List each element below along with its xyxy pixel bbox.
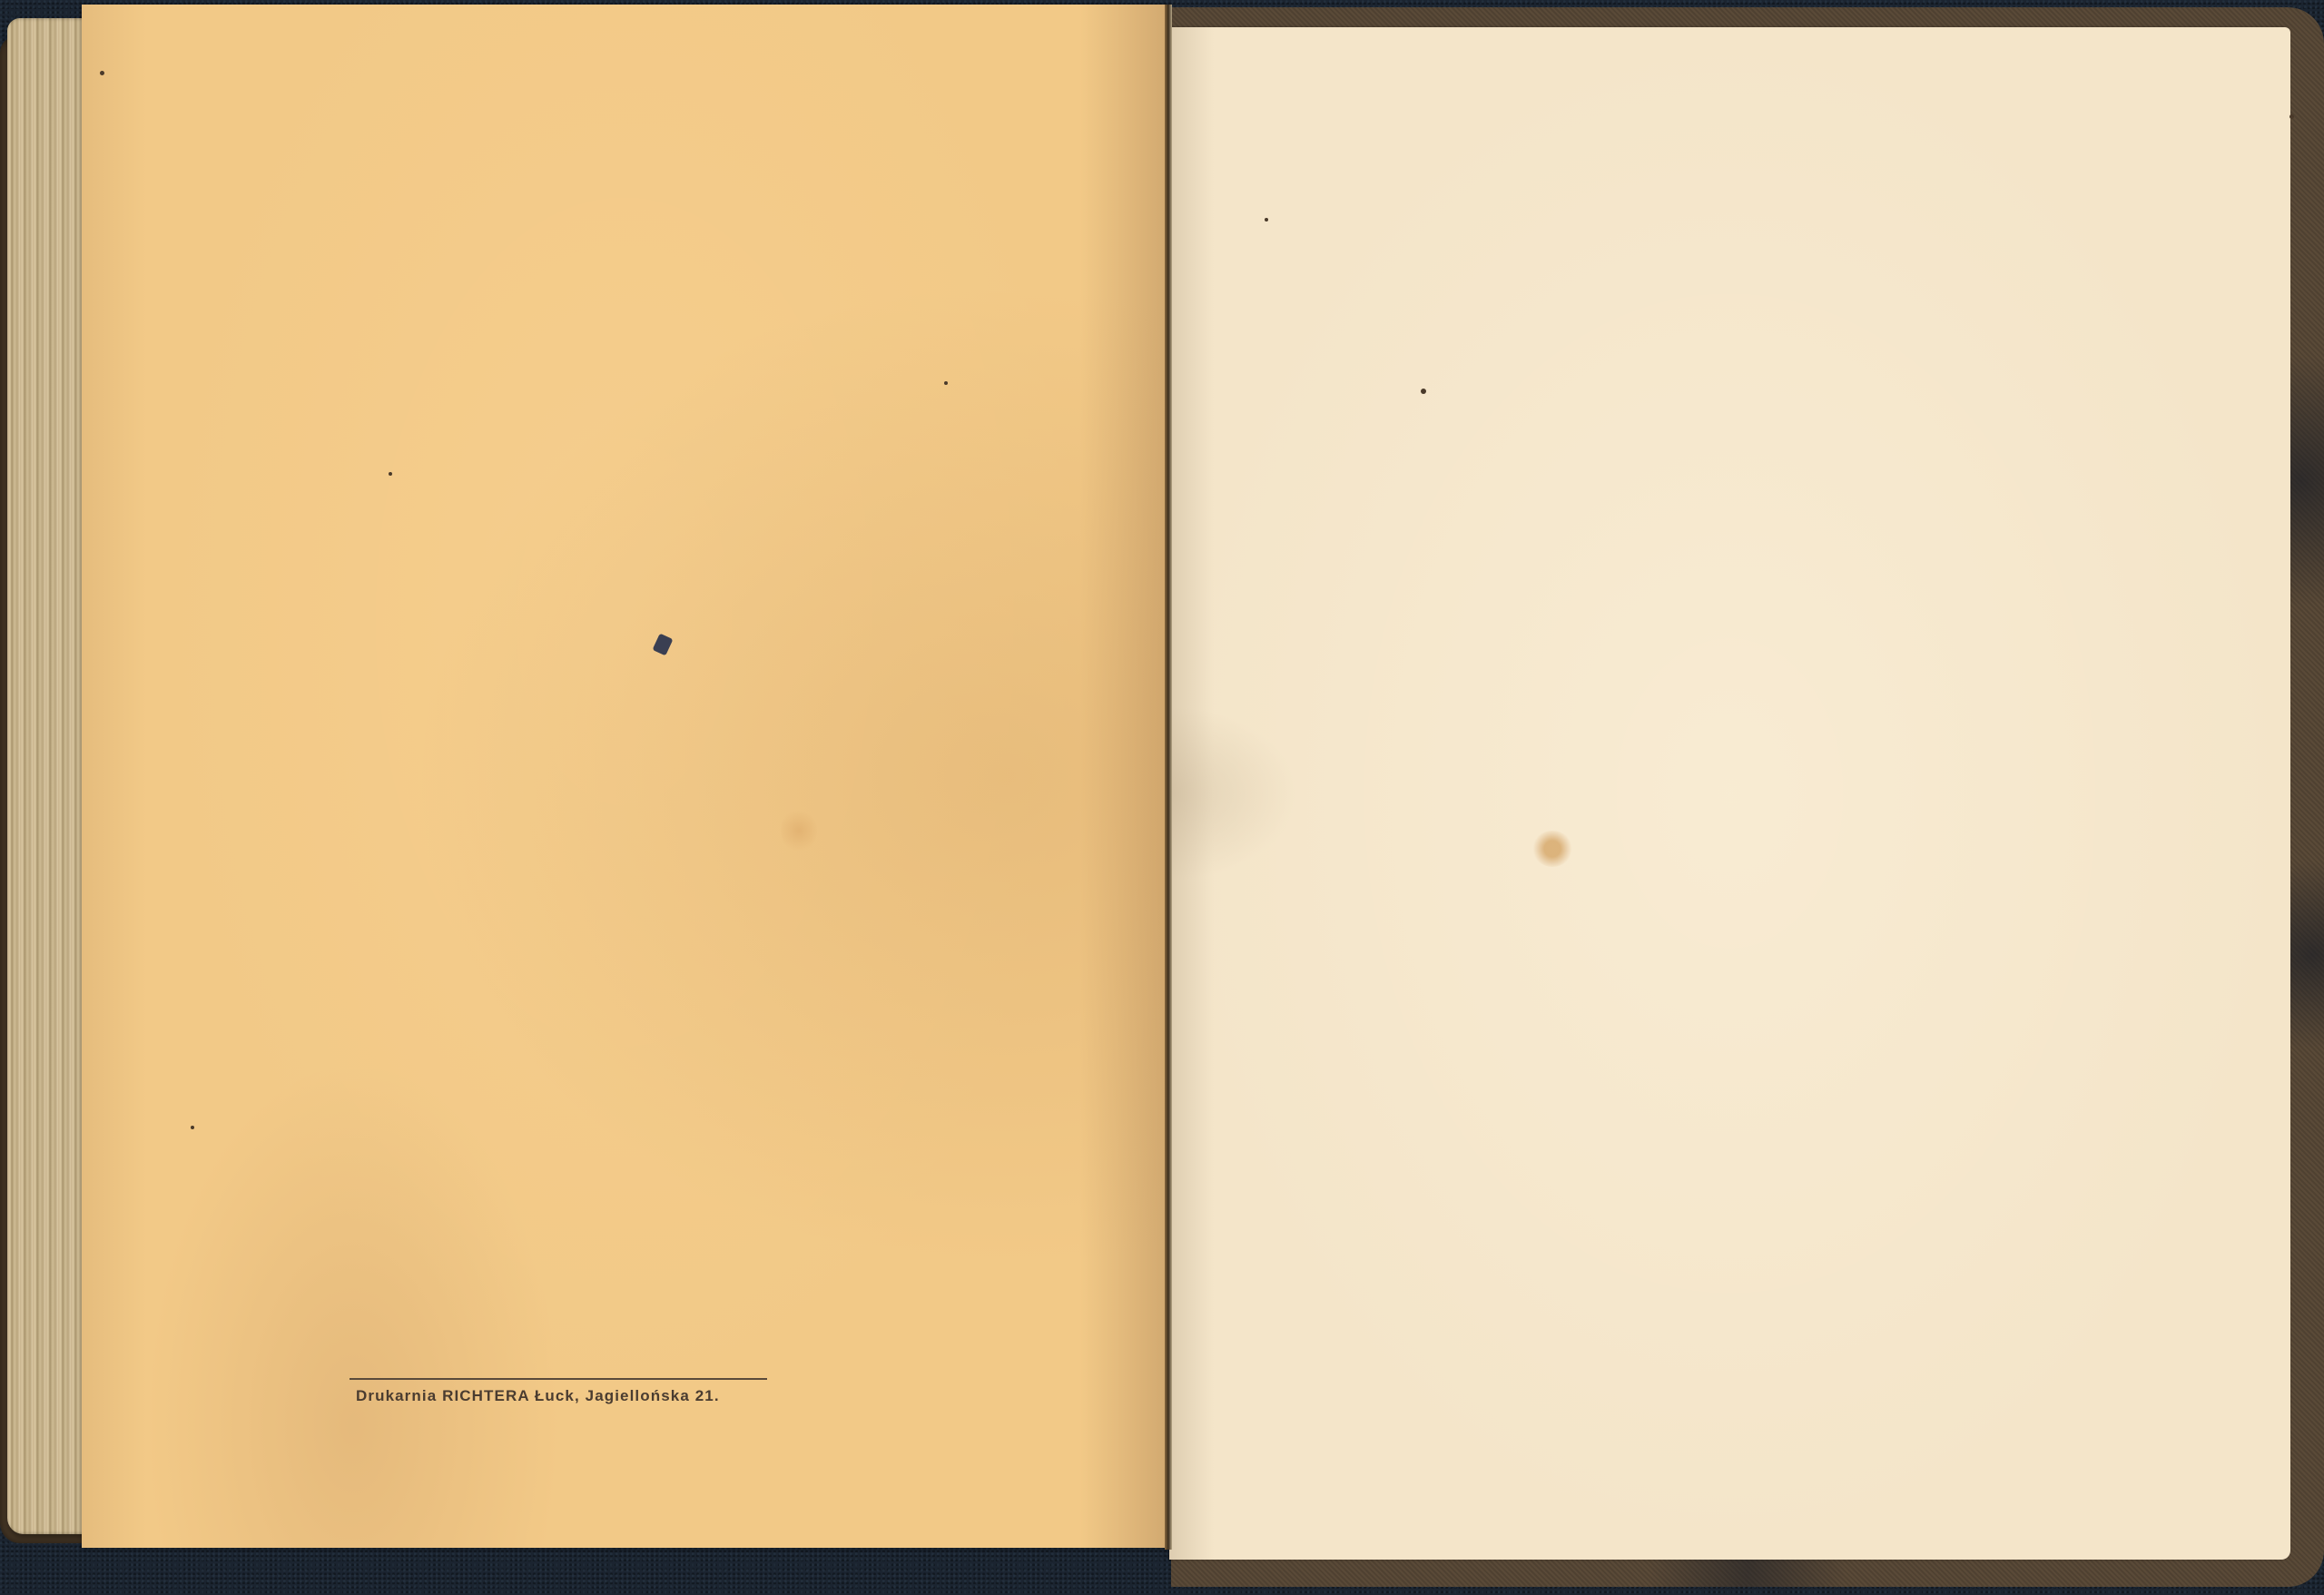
paper-fleck [1421,389,1426,394]
paper-fleck [1265,218,1268,222]
paper-fleck [2290,114,2294,119]
paper-fleck [191,1126,194,1129]
printer-imprint: Drukarnia RICHTERA Łuck, Jagiellońska 21… [350,1378,767,1405]
book-gutter [1165,5,1172,1550]
paper-fleck [100,71,104,75]
imprint-text: Drukarnia RICHTERA Łuck, Jagiellońska 21… [350,1387,767,1405]
foxing-stain-right [1532,831,1572,867]
left-page [82,5,1167,1548]
paper-fleck [389,472,392,476]
imprint-rule [350,1378,767,1380]
foxing-stain-left [781,808,817,853]
page-edge-stack [7,18,89,1534]
right-page [1169,27,2290,1560]
open-book: Drukarnia RICHTERA Łuck, Jagiellońska 21… [0,0,2324,1595]
paper-fleck [944,381,948,385]
